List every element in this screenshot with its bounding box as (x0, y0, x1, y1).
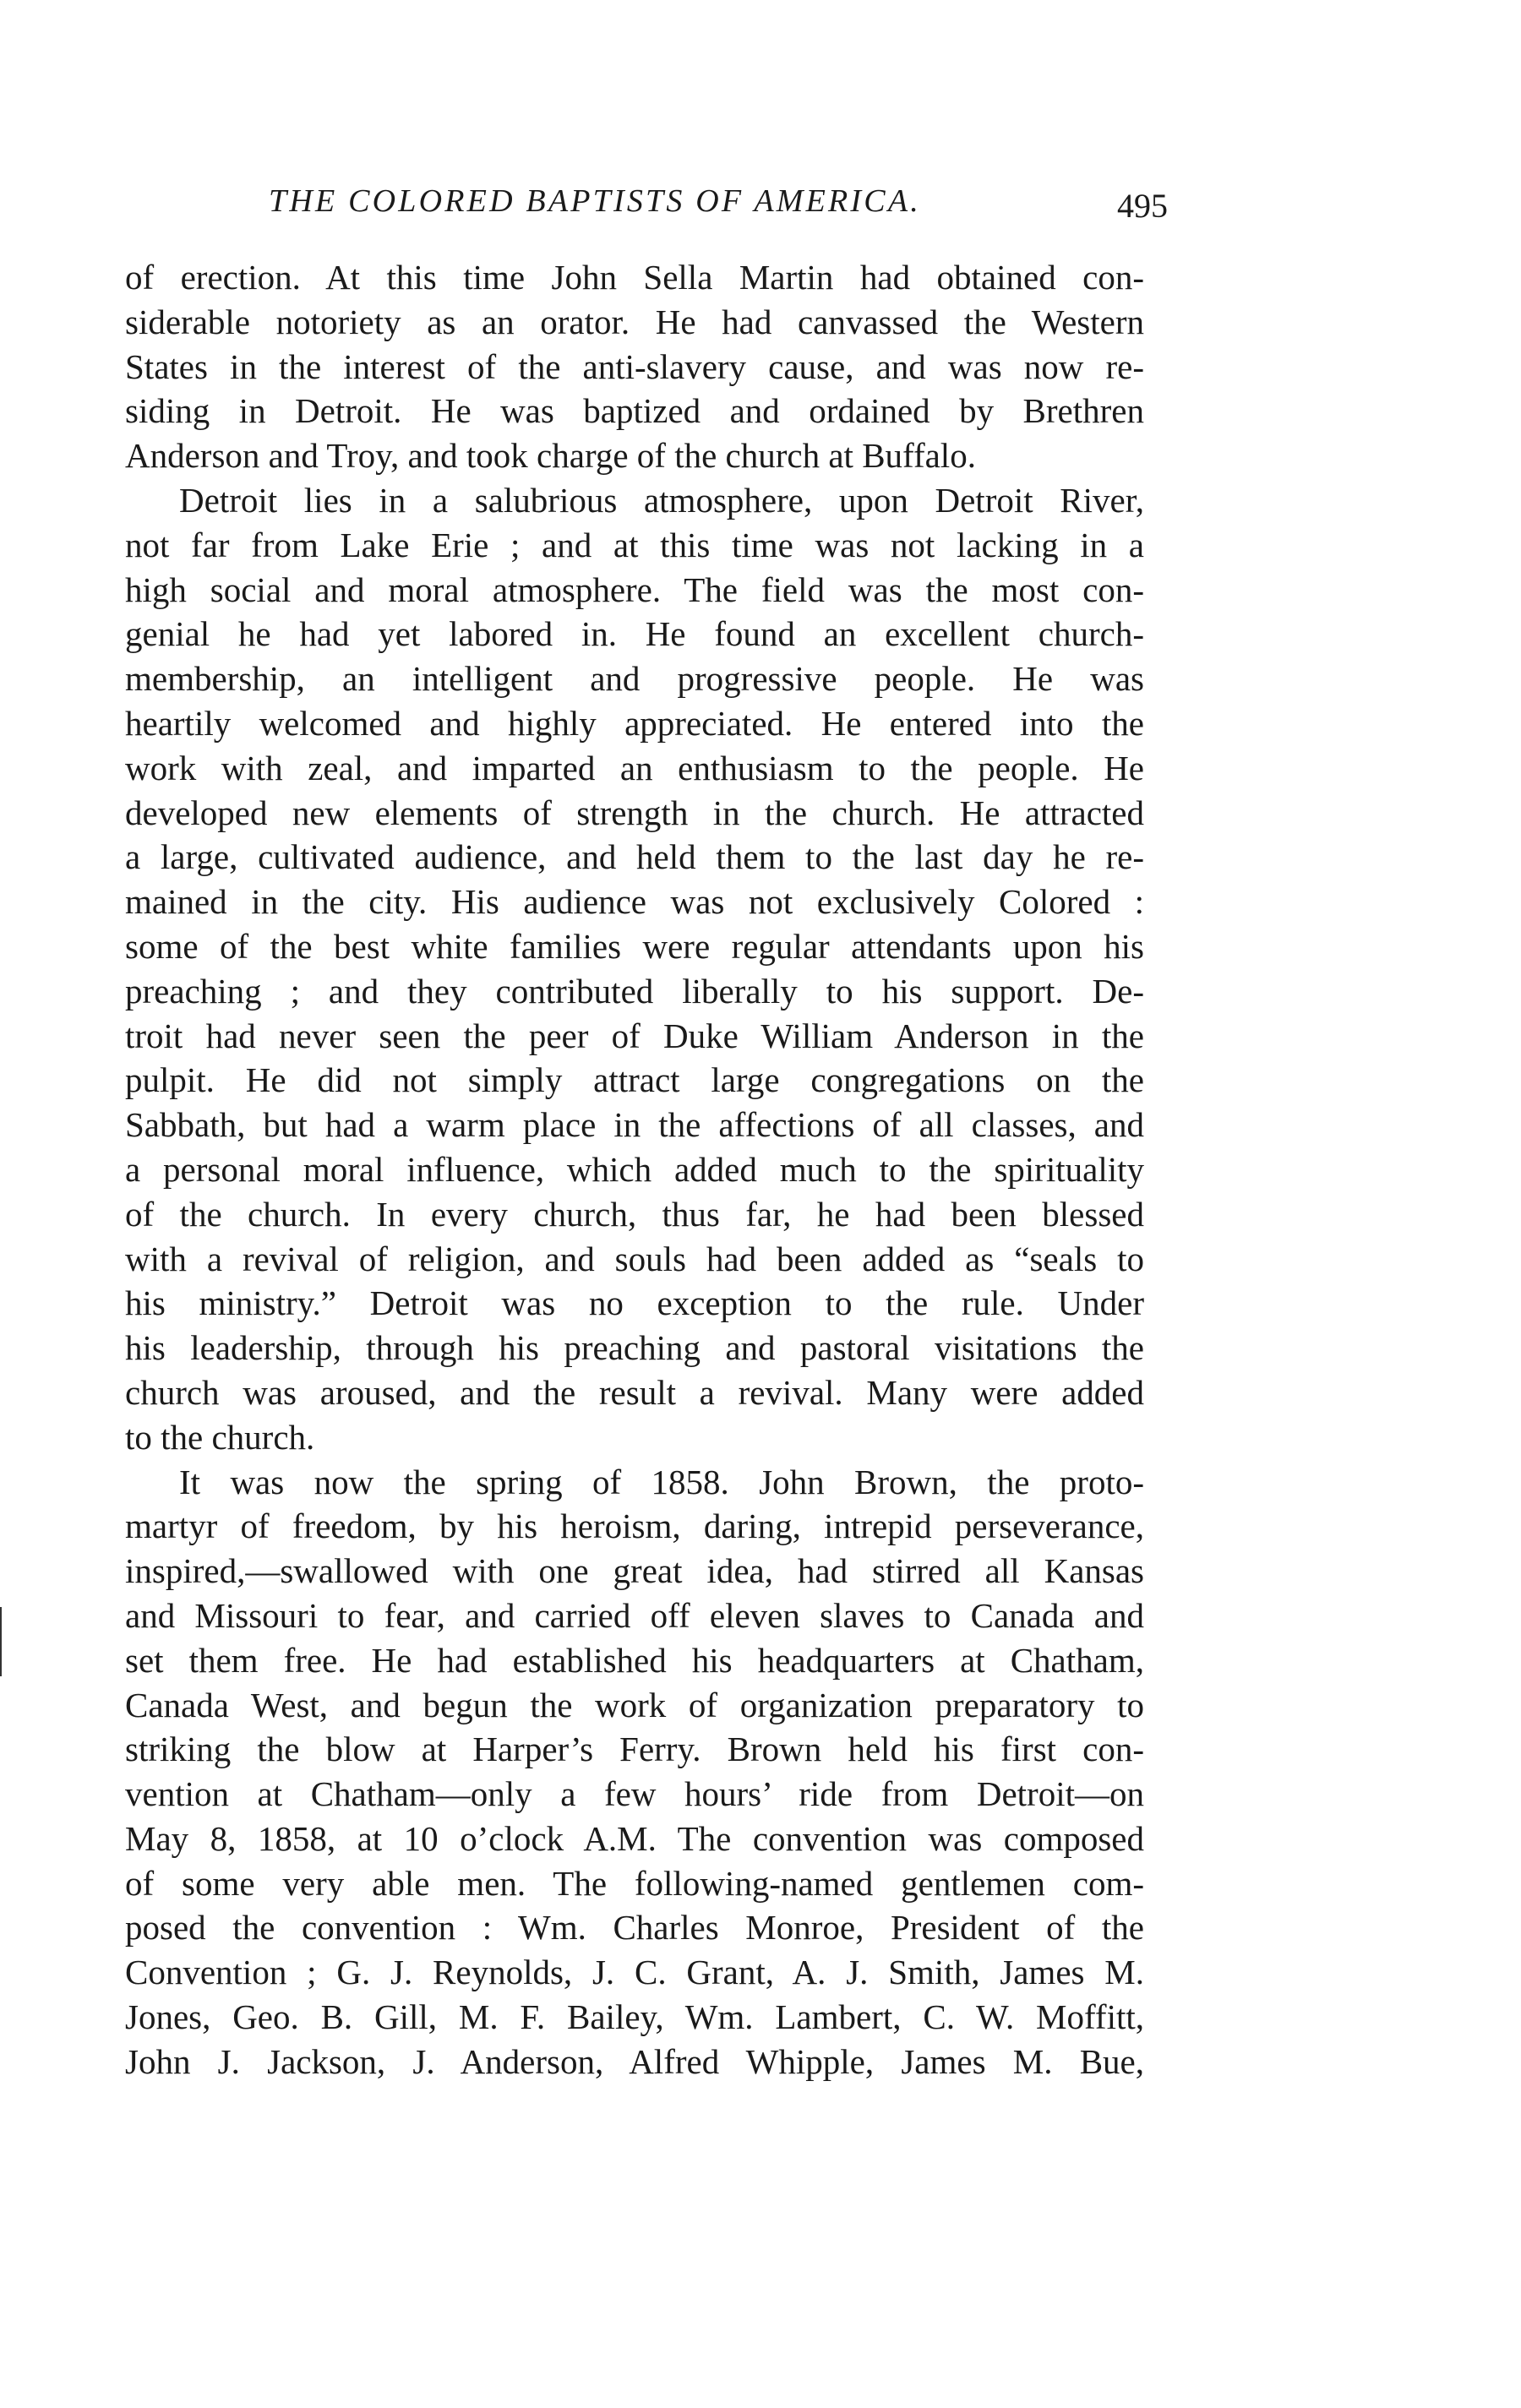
text-line: vention at Chatham—only a few hours’ rid… (125, 1772, 1144, 1817)
text-line: to the church. (125, 1415, 1144, 1460)
text-line: John J. Jackson, J. Anderson, Alfred Whi… (125, 2040, 1144, 2084)
text-line: some of the best white families were reg… (125, 924, 1144, 969)
text-line: work with zeal, and imparted an enthusia… (125, 746, 1144, 791)
text-line: Convention ; G. J. Reynolds, J. C. Grant… (125, 1950, 1144, 1995)
text-line: his leadership, through his preaching an… (125, 1326, 1144, 1370)
text-line: troit had never seen the peer of Duke Wi… (125, 1014, 1144, 1059)
text-line: Jones, Geo. B. Gill, M. F. Bailey, Wm. L… (125, 1995, 1144, 2040)
paragraph-1: of erection. At this time John Sella Mar… (125, 255, 1144, 478)
running-title: THE COLORED BAPTISTS OF AMERICA. (269, 181, 921, 221)
text-line: of the church. In every church, thus far… (125, 1192, 1144, 1237)
text-line: of erection. At this time John Sella Mar… (125, 255, 1144, 300)
text-line: a personal moral influence, which added … (125, 1147, 1144, 1192)
text-line: not far from Lake Erie ; and at this tim… (125, 523, 1144, 568)
text-line: membership, an intelligent and progressi… (125, 656, 1144, 701)
text-line: siding in Detroit. He was baptized and o… (125, 389, 1144, 433)
text-line: May 8, 1858, at 10 o’clock A.M. The conv… (125, 1817, 1144, 1861)
text-line: It was now the spring of 1858. John Brow… (125, 1460, 1144, 1505)
text-line: striking the blow at Harper’s Ferry. Bro… (125, 1727, 1144, 1772)
text-line: posed the convention : Wm. Charles Monro… (125, 1905, 1144, 1950)
paragraph-3: It was now the spring of 1858. John Brow… (125, 1460, 1144, 2084)
text-line: church was aroused, and the result a rev… (125, 1370, 1144, 1415)
text-line: and Missouri to fear, and carried off el… (125, 1594, 1144, 1638)
text-line: preaching ; and they contributed liberal… (125, 969, 1144, 1014)
text-line: genial he had yet labored in. He found a… (125, 612, 1144, 656)
text-line: Detroit lies in a salubrious atmosphere,… (125, 478, 1144, 523)
scan-artifact-mark (0, 1607, 2, 1676)
text-line: Anderson and Troy, and took charge of th… (125, 433, 1144, 478)
text-line: siderable notoriety as an orator. He had… (125, 300, 1144, 345)
text-line: mained in the city. His audience was not… (125, 880, 1144, 924)
text-line: of some very able men. The following-nam… (125, 1861, 1144, 1906)
text-line: martyr of freedom, by his heroism, darin… (125, 1504, 1144, 1549)
text-line: his ministry.” Detroit was no exception … (125, 1281, 1144, 1326)
text-line: Sabbath, but had a warm place in the aff… (125, 1103, 1144, 1147)
text-line: Canada West, and begun the work of organ… (125, 1683, 1144, 1728)
text-line: pulpit. He did not simply attract large … (125, 1058, 1144, 1103)
text-line: inspired,—swallowed with one great idea,… (125, 1549, 1144, 1594)
text-line: developed new elements of strength in th… (125, 791, 1144, 836)
text-line: heartily welcomed and highly appreciated… (125, 701, 1144, 746)
paragraph-2: Detroit lies in a salubrious atmosphere,… (125, 478, 1144, 1460)
page-header: THE COLORED BAPTISTS OF AMERICA. 495 (269, 181, 1168, 232)
body-text: of erection. At this time John Sella Mar… (125, 255, 1144, 2084)
page-number: 495 (1117, 186, 1168, 226)
text-line: a large, cultivated audience, and held t… (125, 835, 1144, 880)
text-line: States in the interest of the anti-slave… (125, 345, 1144, 390)
text-line: with a revival of religion, and souls ha… (125, 1237, 1144, 1282)
text-line: set them free. He had established his he… (125, 1638, 1144, 1683)
text-line: high social and moral atmosphere. The fi… (125, 568, 1144, 613)
